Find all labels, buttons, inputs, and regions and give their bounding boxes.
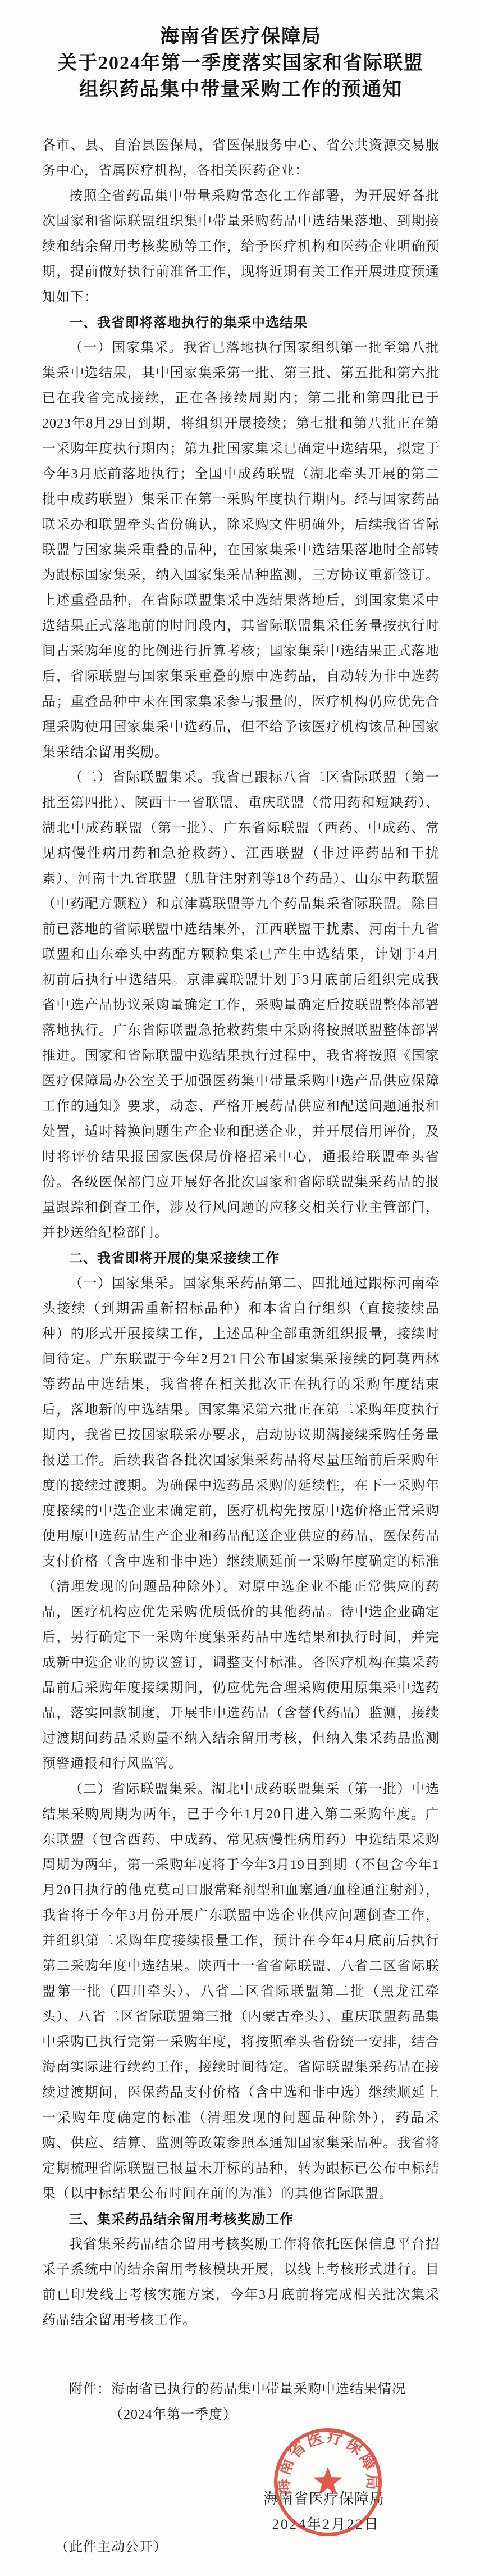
section-3-paragraph-1: 我省集采药品结余留用考核奖励工作将依托医保信息平台招采子系统中的结余留用考核模块… <box>42 2232 440 2333</box>
attachment-block: 附件：海南省已执行的药品集中带量采购中选结果情况 （2024年第一季度） <box>42 2377 440 2428</box>
public-disclosure-note: （此件主动公开） <box>55 2536 167 2555</box>
intro-paragraph: 按照全省药品集中带量采购常态化工作部署，为开展好各批次国家和省际联盟组织集中带量… <box>42 184 440 310</box>
section-2-paragraph-1: （一）国家集采。国家集采药品第二、四批通过跟标河南牵头接续（到期需重新招标品种）… <box>42 1271 440 1777</box>
addressee-line: 各市、县、自治县医保局，省医保服务中心、省公共资源交易服务中心，省属医疗机构，各… <box>42 133 440 184</box>
official-seal-stamp: 海南省医疗保障局 <box>272 2426 384 2538</box>
title-line-3: 组织药品集中带量采购工作的预通知 <box>42 76 440 103</box>
attachment-line-2: （2024年第一季度） <box>42 2402 440 2428</box>
title-line-1: 海南省医疗保障局 <box>42 24 440 50</box>
star-icon <box>313 2467 342 2495</box>
attachment-line-1: 附件：海南省已执行的药品集中带量采购中选结果情况 <box>42 2377 440 2402</box>
section-1-paragraph-1: （一）国家集采。我省已落地执行国家组织第一批至第八批集采中选结果，其中国家集采第… <box>42 335 440 765</box>
section-3-heading: 三、集采药品结余留用考核奖励工作 <box>42 2207 440 2232</box>
section-1-heading: 一、我省即将落地执行的集采中选结果 <box>42 310 440 335</box>
section-2-heading: 二、我省即将开展的集采接续工作 <box>42 1246 440 1271</box>
document-body: 各市、县、自治县医保局，省医保服务中心、省公共资源交易服务中心，省属医疗机构，各… <box>42 133 440 2428</box>
document-title: 海南省医疗保障局 关于2024年第一季度落实国家和省际联盟 组织药品集中带量采购… <box>42 24 440 103</box>
title-line-2: 关于2024年第一季度落实国家和省际联盟 <box>42 50 440 76</box>
document-page: 海南省医疗保障局 关于2024年第一季度落实国家和省际联盟 组织药品集中带量采购… <box>0 0 480 2576</box>
section-2-paragraph-2: （二）省际联盟集采。湖北中成药联盟集采（第一批）中选结果采购周期为两年，已于今年… <box>42 1777 440 2207</box>
section-1-paragraph-2: （二）省际联盟集采。我省已跟标八省二区省际联盟（第一批至第四批）、陕西十一省联盟… <box>42 765 440 1246</box>
